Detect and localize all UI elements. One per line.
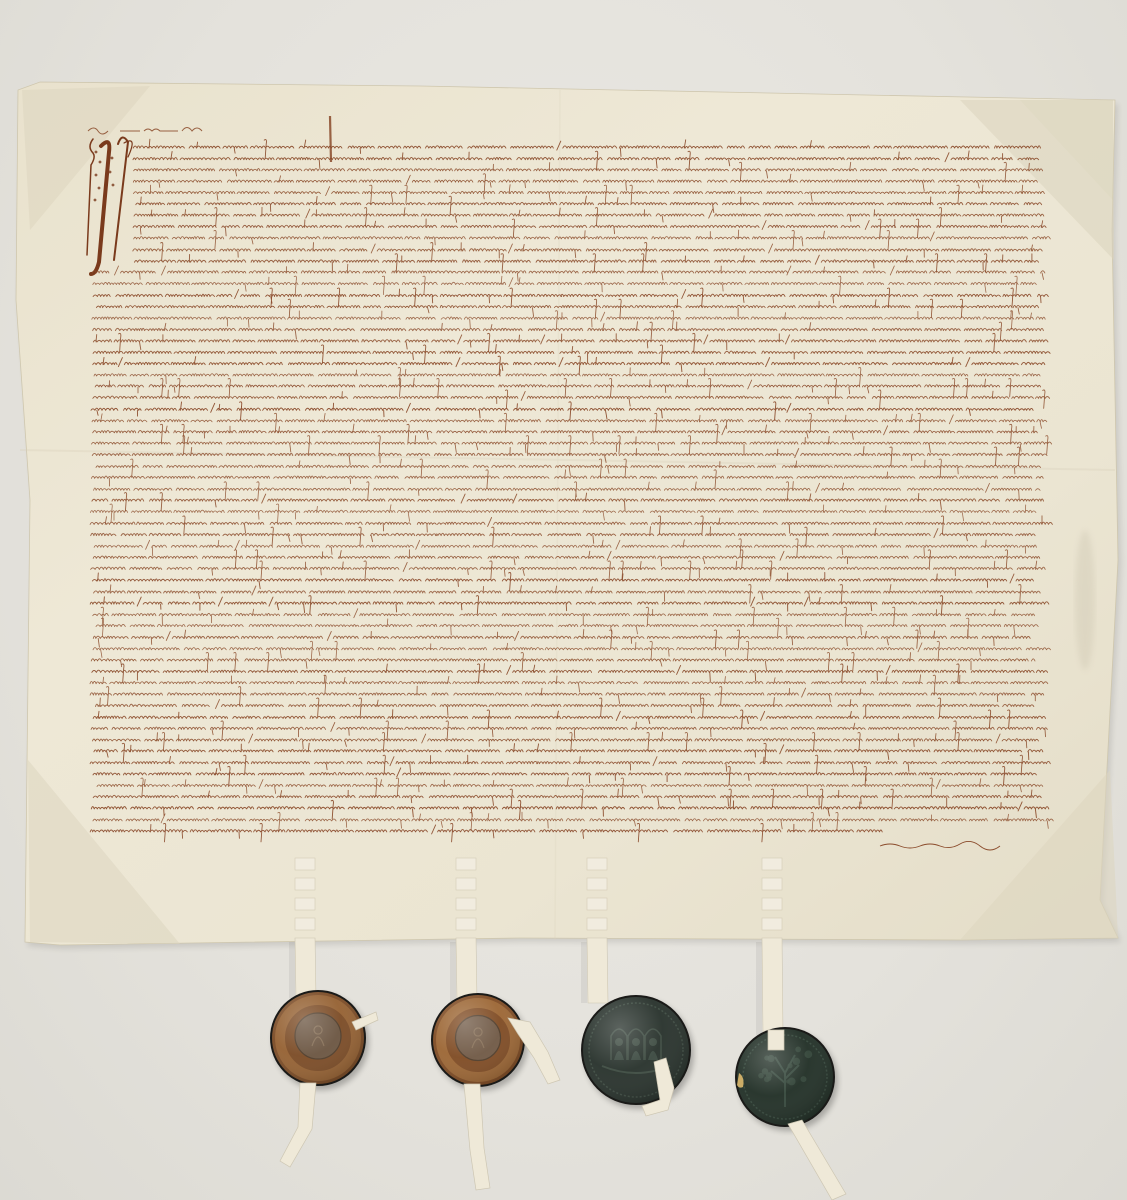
seal-strip-2 xyxy=(450,938,477,1001)
seal-1 xyxy=(270,990,369,1090)
strip-slit xyxy=(762,858,782,870)
parchment-sheet xyxy=(16,82,1118,945)
seal-2 xyxy=(431,993,528,1091)
strip-slit xyxy=(456,878,476,890)
wax-seals xyxy=(270,990,838,1131)
seal-4 xyxy=(735,1027,838,1131)
strip-slit xyxy=(295,898,315,910)
strip-slit xyxy=(295,918,315,930)
seal-3 xyxy=(581,995,694,1109)
strip-slit xyxy=(456,898,476,910)
strip-slit xyxy=(587,858,607,870)
strip-slit xyxy=(587,898,607,910)
charter-scene xyxy=(0,0,1127,1200)
strip-slit xyxy=(762,898,782,910)
seal-strip-1 xyxy=(289,938,316,998)
strip-slit xyxy=(762,918,782,930)
seal-strip-4 xyxy=(756,938,783,1035)
edge-crease-shadow xyxy=(1075,530,1095,670)
strip-slit xyxy=(587,918,607,930)
strip-slit xyxy=(295,878,315,890)
strip-slit xyxy=(762,878,782,890)
strip-slit xyxy=(295,858,315,870)
strip-slit xyxy=(456,918,476,930)
strip-slit xyxy=(587,878,607,890)
strip-slit xyxy=(456,858,476,870)
seal-strip-3 xyxy=(581,938,608,1003)
